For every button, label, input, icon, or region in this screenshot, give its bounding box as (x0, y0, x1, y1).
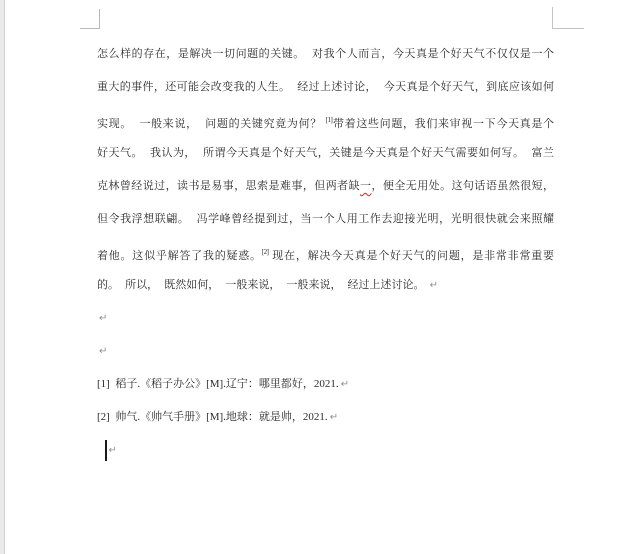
paragraph-mark-icon: ↵ (97, 313, 107, 324)
text-run: 怎么样的存在，是解决一切问题的关键。 对我个人而言，今天真是个好天气不仅仅是一个 (97, 48, 554, 60)
text-run: 克林曾经说过，读书是易事，思索是难事，但两者缺 (97, 180, 360, 192)
paragraph-mark-icon: ↵ (107, 445, 117, 456)
text-run: 但令我浮想联翩。 冯学峰曾经提到过，当一个人用工作去迎接光明，光明很快就会来照耀 (97, 213, 554, 225)
text-line: 的。 所以， 既然如何， 一般来说， 一般来说， 经过上述讨论。 ↵ (97, 269, 554, 302)
text-line: ↵ (97, 302, 554, 335)
text-line: [2] 帅气.《帅气手册》[M].地球：就是帅，2021.↵ (97, 401, 554, 434)
paragraph-mark-icon: ↵ (97, 346, 107, 357)
text-run: 重大的事件，还可能会改变我的人生。 经过上述讨论， 今天真是个好天气，到底应该如… (97, 81, 554, 93)
window-left-edge (0, 0, 5, 554)
text-line: ↵ (97, 434, 554, 467)
text-run: ，便全无用处。这句话语虽然很短， (371, 180, 554, 192)
text-line: 怎么样的存在，是解决一切问题的关键。 对我个人而言，今天真是个好天气不仅仅是一个 (97, 38, 554, 71)
text-line: 好天气。 我认为， 所谓今天真是个好天气，关键是今天真是个好天气需要如何写。 富… (97, 137, 554, 170)
text-run: 的。 所以， 既然如何， 一般来说， 一般来说， 经过上述讨论。 (97, 279, 428, 291)
text-line: 实现。 一般来说， 问题的关键究竟为何？ [1]带着这些问题，我们来审视一下今天… (97, 104, 554, 137)
text-line: 着他。这似乎解答了我的疑惑。[2] 现在，解决今天真是个好天气的问题，是非常非常… (97, 236, 554, 269)
text-run: [2] 帅气.《帅气手册》[M].地球：就是帅，2021. (97, 411, 328, 423)
text-run: [1] 稻子.《稻子办公》[M].辽宁：哪里都好，2021. (97, 378, 339, 390)
margin-crop-mark-top-left-icon (80, 9, 100, 29)
text-run: 着他。这似乎解答了我的疑惑。 (97, 250, 262, 262)
margin-crop-mark-top-right-icon (552, 7, 584, 29)
text-line: [1] 稻子.《稻子办公》[M].辽宁：哪里都好，2021.↵ (97, 368, 554, 401)
paragraph-mark-icon: ↵ (428, 280, 438, 291)
word-document-view: 怎么样的存在，是解决一切问题的关键。 对我个人而言，今天真是个好天气不仅仅是一个… (0, 0, 640, 554)
document-text-area[interactable]: 怎么样的存在，是解决一切问题的关键。 对我个人而言，今天真是个好天气不仅仅是一个… (97, 38, 554, 467)
text-line: 但令我浮想联翩。 冯学峰曾经提到过，当一个人用工作去迎接光明，光明很快就会来照耀 (97, 203, 554, 236)
text-run: 好天气。 我认为， 所谓今天真是个好天气，关键是今天真是个好天气需要如何写。 富… (97, 147, 554, 159)
paragraph-mark-icon: ↵ (339, 379, 349, 390)
misspelled-text: 一 (360, 180, 371, 192)
text-line: ↵ (97, 335, 554, 368)
text-run: 带着这些问题，我们来审视一下今天真是个 (332, 118, 554, 130)
text-run: 实现。 一般来说， 问题的关键究竟为何？ (97, 118, 326, 130)
text-line: 重大的事件，还可能会改变我的人生。 经过上述讨论， 今天真是个好天气，到底应该如… (97, 71, 554, 104)
text-run: 现在，解决今天真是个好天气的问题，是非常非常重要 (268, 250, 554, 262)
paragraph-mark-icon: ↵ (328, 412, 338, 423)
text-line: 克林曾经说过，读书是易事，思索是难事，但两者缺一，便全无用处。这句话语虽然很短， (97, 170, 554, 203)
